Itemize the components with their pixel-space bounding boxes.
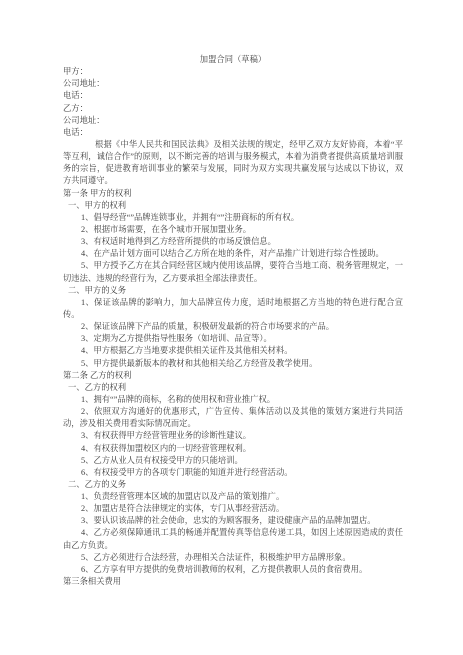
clause-item: 1、保证该品牌的影响力，加大品牌宣传力度，适时地根据乙方当地的特色进行配合宣传。 (63, 297, 403, 321)
section-heading: 第一条 甲方的权利 (63, 188, 403, 200)
clause-item: 4、乙方必须保障通讯工具的畅通并配置传真等信息传递工具，如因上述原因造成的责任由… (63, 527, 403, 551)
clause-item: 3、有权获得甲方经营管理业务的诊断性建议。 (63, 430, 403, 442)
clause-item: 3、定期为乙方提供指导性服务（如培训、品宣等）。 (63, 333, 403, 345)
clause-item: 5、甲方提供最新版本的教材和其他相关给乙方经营及教学使用。 (63, 358, 403, 370)
doc-title: 加盟合同（草稿） (63, 54, 403, 66)
clause-item: 2、保证该品牌下产品的质量，积极研发最新的符合市场要求的产品。 (63, 321, 403, 333)
clause-item: 2、依照双方沟通好的优惠形式，广告宣传、集体活动以及其他的策划方案进行共同活动，… (63, 406, 403, 430)
clause-item: 4、在产品计划方面可以结合乙方所在地的条件，对产品推广计划进行综合性援助。 (63, 248, 403, 260)
clause-item: 5、甲方授予乙方在其合同经营区域内使用该品牌，要符合当地工商、税务管理规定，一切… (63, 260, 403, 284)
clause-item: 5、乙方从业人员有权接受甲方的只能培训。 (63, 455, 403, 467)
clause-item: 6、乙方享有甲方提供的免费培训教师的权利，乙方提供教职人员的食宿费用。 (63, 564, 403, 576)
party-field-line: 甲方： (63, 66, 403, 78)
clause-item: 4、有权获得加盟校区内的一切经营管理权利。 (63, 443, 403, 455)
clause-item: 1、倡导经营“”品牌连锁事业，并拥有“”注册商标的所有权。 (63, 212, 403, 224)
clause-item: 2、加盟店是符合法律规定的实体，专门从事经营活动。 (63, 503, 403, 515)
clause-item: 5、乙方必须进行合法经营，办理相关合法证件，积极维护甲方品牌形象。 (63, 552, 403, 564)
section-heading: 第二条 乙方的权利 (63, 370, 403, 382)
document-page: 加盟合同（草稿）甲方：公司地址：电话：乙方：公司地址：电话：根据《中华人民共和国… (63, 54, 403, 588)
party-field-line: 乙方： (63, 103, 403, 115)
clause-item: 3、要认识该品牌的社会使命，忠实的为顾客服务，建设健康产品的品牌加盟店。 (63, 515, 403, 527)
clause-item: 4、甲方根据乙方当地要求提供相关证件及其他相关材料。 (63, 345, 403, 357)
sub-heading: 一、乙方的权利 (63, 382, 403, 394)
clause-item: 1、拥有“”品牌的商标，名称的使用权和营业推广权。 (63, 394, 403, 406)
party-field-line: 公司地址： (63, 78, 403, 90)
party-field-line: 公司地址： (63, 115, 403, 127)
party-field-line: 电话： (63, 90, 403, 102)
sub-heading: 二、乙方的义务 (63, 479, 403, 491)
clause-item: 1、负责经营管理本区域的加盟店以及产品的策划推广。 (63, 491, 403, 503)
party-field-line: 电话： (63, 127, 403, 139)
clause-item: 6、有权接受甲方的各项专门职能的知道并进行经营活动。 (63, 467, 403, 479)
clause-item: 3、有权适时地得到乙方经营所提供的市场反馈信息。 (63, 236, 403, 248)
section-heading: 第三条相关费用 (63, 576, 403, 588)
preamble-paragraph: 根据《中华人民共和国民法典》及相关法规的规定，经甲乙双方友好协商，本着“平等互利… (63, 139, 403, 188)
sub-heading: 一、甲方的权利 (63, 200, 403, 212)
sub-heading: 二、甲方的义务 (63, 285, 403, 297)
document-viewport: { "document": { "title": "加盟合同（草稿）", "bl… (0, 0, 463, 655)
clause-item: 2、根据市场需要，在各个城市开展加盟业务。 (63, 224, 403, 236)
